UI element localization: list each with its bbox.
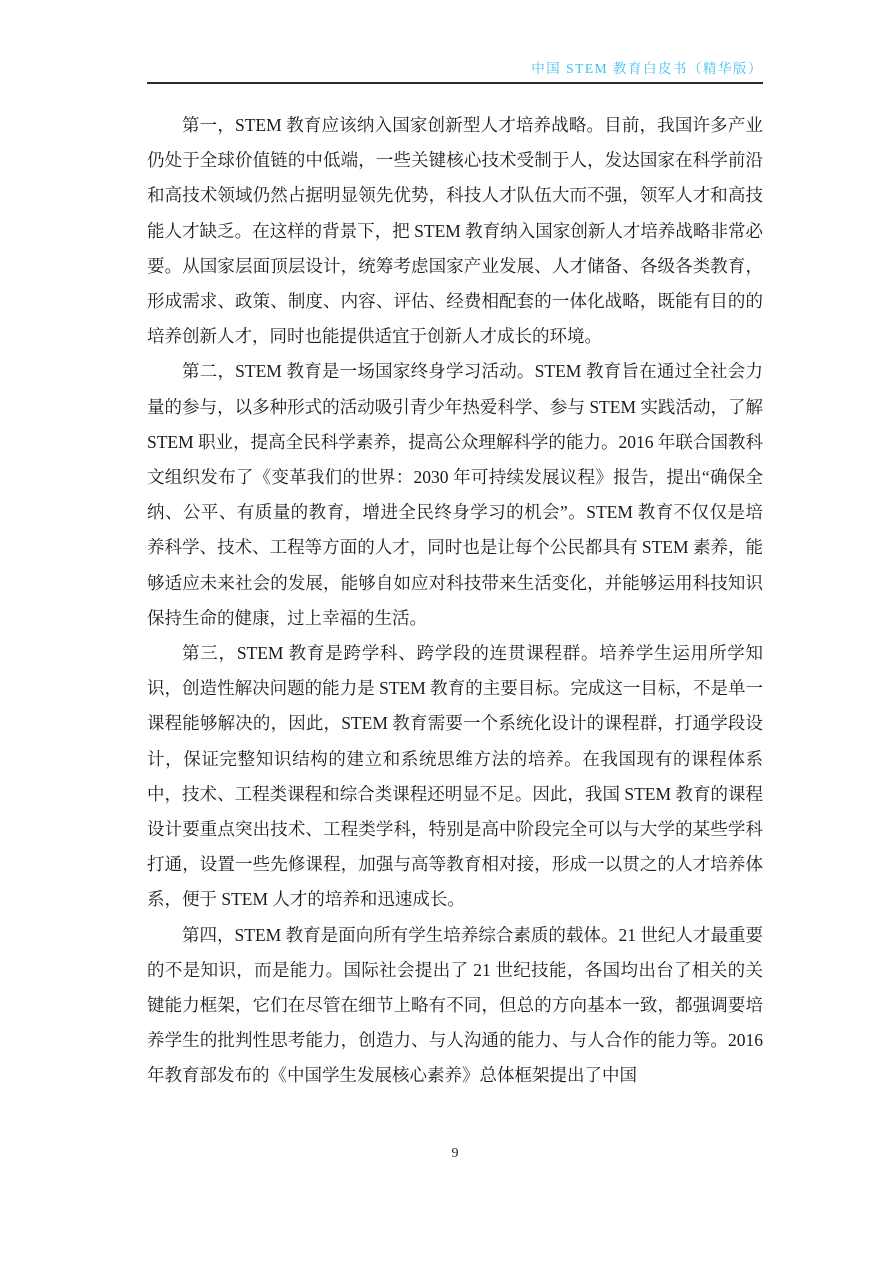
header-title: 中国 STEM 教育白皮书（精华版）	[531, 61, 763, 76]
body-paragraph: 第四，STEM 教育是面向所有学生培养综合素质的载体。21 世纪人才最重要的不是…	[147, 918, 763, 1094]
page-header: 中国 STEM 教育白皮书（精华版）	[147, 57, 763, 84]
document-page: 中国 STEM 教育白皮书（精华版） 第一，STEM 教育应该纳入国家创新型人才…	[0, 0, 892, 1262]
body-paragraph: 第三，STEM 教育是跨学科、跨学段的连贯课程群。培养学生运用所学知识，创造性解…	[147, 636, 763, 918]
page-number: 9	[147, 1146, 763, 1162]
body-paragraph: 第二，STEM 教育是一场国家终身学习活动。STEM 教育旨在通过全社会力量的参…	[147, 354, 763, 636]
body-text: 第一，STEM 教育应该纳入国家创新型人才培养战略。目前，我国许多产业仍处于全球…	[147, 108, 763, 1094]
body-paragraph: 第一，STEM 教育应该纳入国家创新型人才培养战略。目前，我国许多产业仍处于全球…	[147, 108, 763, 354]
